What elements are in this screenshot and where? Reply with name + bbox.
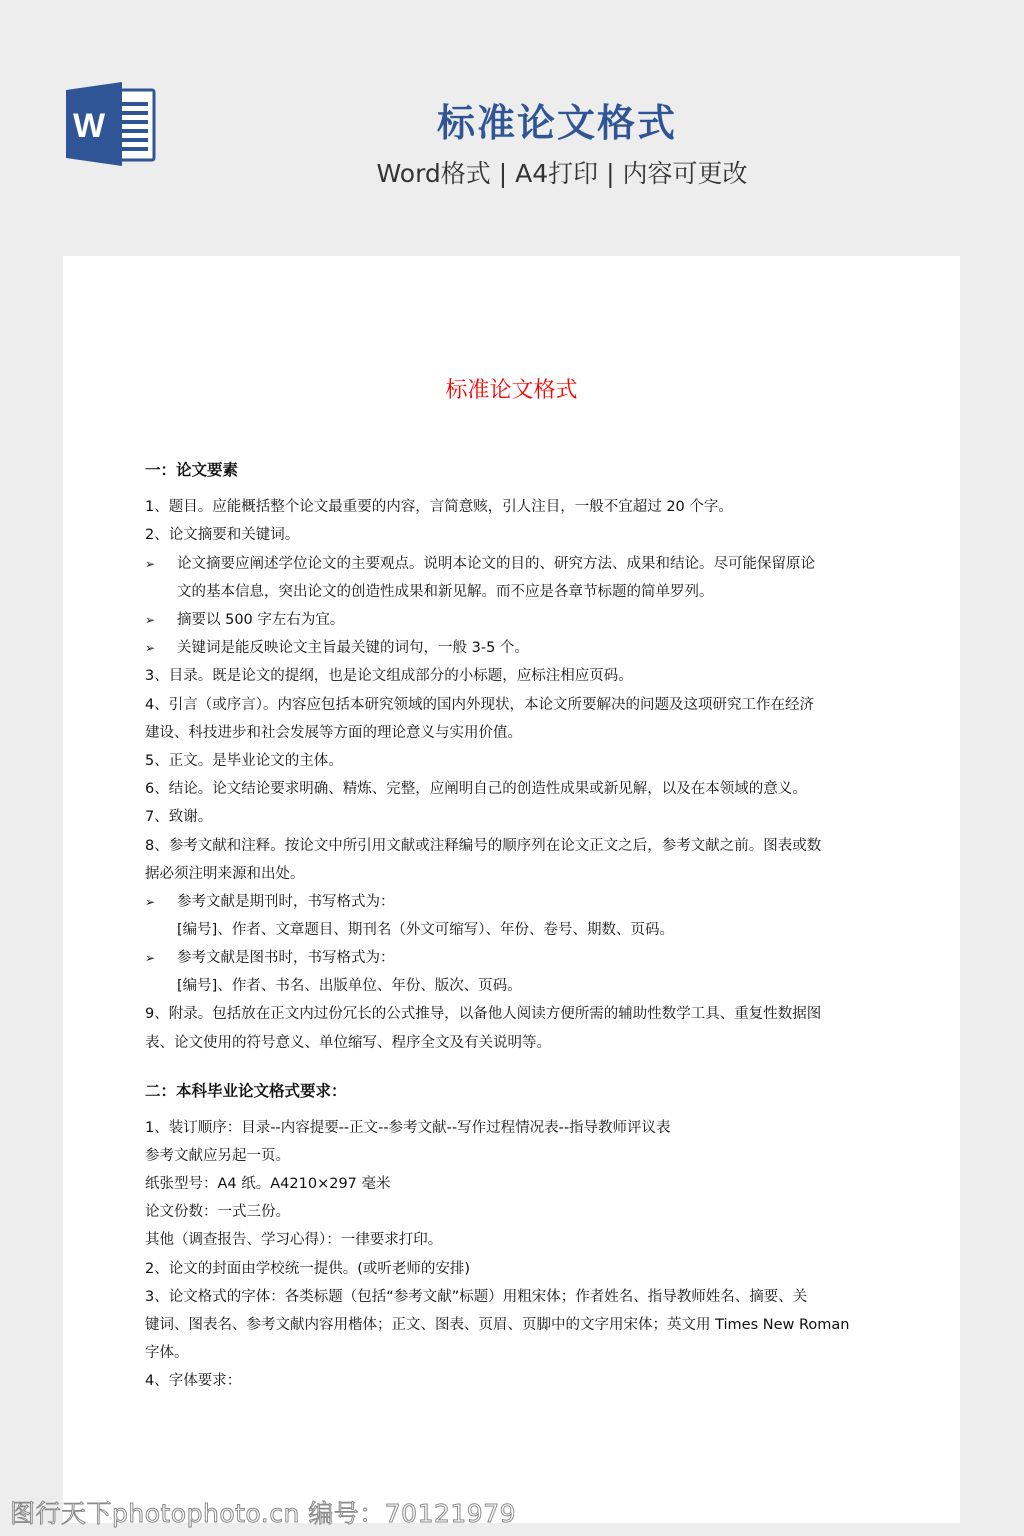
document-page: 标准论文格式 一：论文要素 1、题目。应能概括整个论文最重要的内容，言简意赅，引… <box>63 256 960 1523</box>
paragraph-line: 2、论文的封面由学校统一提供。(或听老师的安排) <box>145 1255 470 1283</box>
bullet-item: ➢论文摘要应阐述学位论文的主要观点。说明本论文的目的、研究方法、成果和结论。尽可… <box>145 550 815 578</box>
document-title: 标准论文格式 <box>63 373 960 404</box>
arrow-bullet-icon: ➢ <box>145 888 177 916</box>
paragraph-line: 论文份数：一式三份。 <box>145 1198 290 1226</box>
paragraph-line: 4、字体要求： <box>145 1367 241 1395</box>
paragraph-line: 6、结论。论文结论要求明确、精炼、完整，应阐明自己的创造性成果或新见解，以及在本… <box>145 775 807 803</box>
paragraph-line: [编号]、作者、书名、出版单位、年份、版次、页码。 <box>145 972 522 1000</box>
paragraph-line: 8、参考文献和注释。按论文中所引用文献或注释编号的顺序列在论文正文之后，参考文献… <box>145 832 821 860</box>
paragraph-line: 表、论文使用的符号意义、单位缩写、程序全文及有关说明等。 <box>145 1029 551 1057</box>
paragraph-line: 据必须注明来源和出处。 <box>145 860 305 888</box>
header-subtitle: Word格式 | A4打印 | 内容可更改 <box>100 154 1024 190</box>
paragraph-line: [编号]、作者、文章题目、期刊名（外文可缩写）、年份、卷号、期数、页码。 <box>145 916 674 944</box>
paragraph-line: 字体。 <box>145 1339 189 1367</box>
paragraph-line: 4、引言（或序言）。内容应包括本研究领域的国内外现状，本论文所要解决的问题及这项… <box>145 691 814 719</box>
arrow-bullet-icon: ➢ <box>145 944 177 972</box>
bullet-item: ➢参考文献是期刊时，书写格式为： <box>145 888 395 916</box>
section-heading: 二：本科毕业论文格式要求： <box>145 1077 347 1105</box>
header-title: 标准论文格式 <box>90 92 1024 147</box>
bullet-item: ➢摘要以 500 字左右为宜。 <box>145 606 344 634</box>
paragraph-line: 5、正文。是毕业论文的主体。 <box>145 747 343 775</box>
arrow-bullet-icon: ➢ <box>145 550 177 578</box>
paragraph-line: 7、致谢。 <box>145 803 212 831</box>
paragraph-line: 参考文献应另起一页。 <box>145 1142 290 1170</box>
bullet-item: ➢参考文献是图书时，书写格式为： <box>145 944 395 972</box>
paragraph-line: 1、装订顺序：目录--内容提要--正文--参考文献--写作过程情况表--指导教师… <box>145 1114 671 1142</box>
paragraph-line: 3、论文格式的字体：各类标题（包括“参考文献”标题）用粗宋体；作者姓名、指导教师… <box>145 1283 807 1311</box>
header: W 标准论文格式 Word格式 | A4打印 | 内容可更改 <box>0 0 1024 256</box>
paragraph-line: 2、论文摘要和关键词。 <box>145 521 299 549</box>
paragraph-line: 1、题目。应能概括整个论文最重要的内容，言简意赅，引人注目，一般不宜超过 20 … <box>145 493 733 521</box>
arrow-bullet-icon: ➢ <box>145 606 177 634</box>
paragraph-line: 其他（调查报告、学习心得）：一律要求打印。 <box>145 1226 442 1254</box>
paragraph-line: 文的基本信息，突出论文的创造性成果和新见解。而不应是各章节标题的简单罗列。 <box>145 578 714 606</box>
paragraph-line: 3、目录。既是论文的提纲，也是论文组成部分的小标题，应标注相应页码。 <box>145 662 633 690</box>
paragraph-line: 键词、图表名、参考文献内容用楷体；正文、图表、页眉、页脚中的文字用宋体；英文用 … <box>145 1311 850 1339</box>
paragraph-line: 纸张型号：A4 纸。A4210×297 毫米 <box>145 1170 391 1198</box>
bullet-item: ➢关键词是能反映论文主旨最关键的词句，一般 3-5 个。 <box>145 634 529 662</box>
paragraph-line: 建设、科技进步和社会发展等方面的理论意义与实用价值。 <box>145 719 522 747</box>
section-heading: 一：论文要素 <box>145 456 238 484</box>
paragraph-line: 9、附录。包括放在正文内过份冗长的公式推导，以备他人阅读方便所需的辅助性数学工具… <box>145 1000 821 1028</box>
watermark: 图行天下photophoto.cn 编号：70121979 <box>10 1494 516 1530</box>
arrow-bullet-icon: ➢ <box>145 634 177 662</box>
